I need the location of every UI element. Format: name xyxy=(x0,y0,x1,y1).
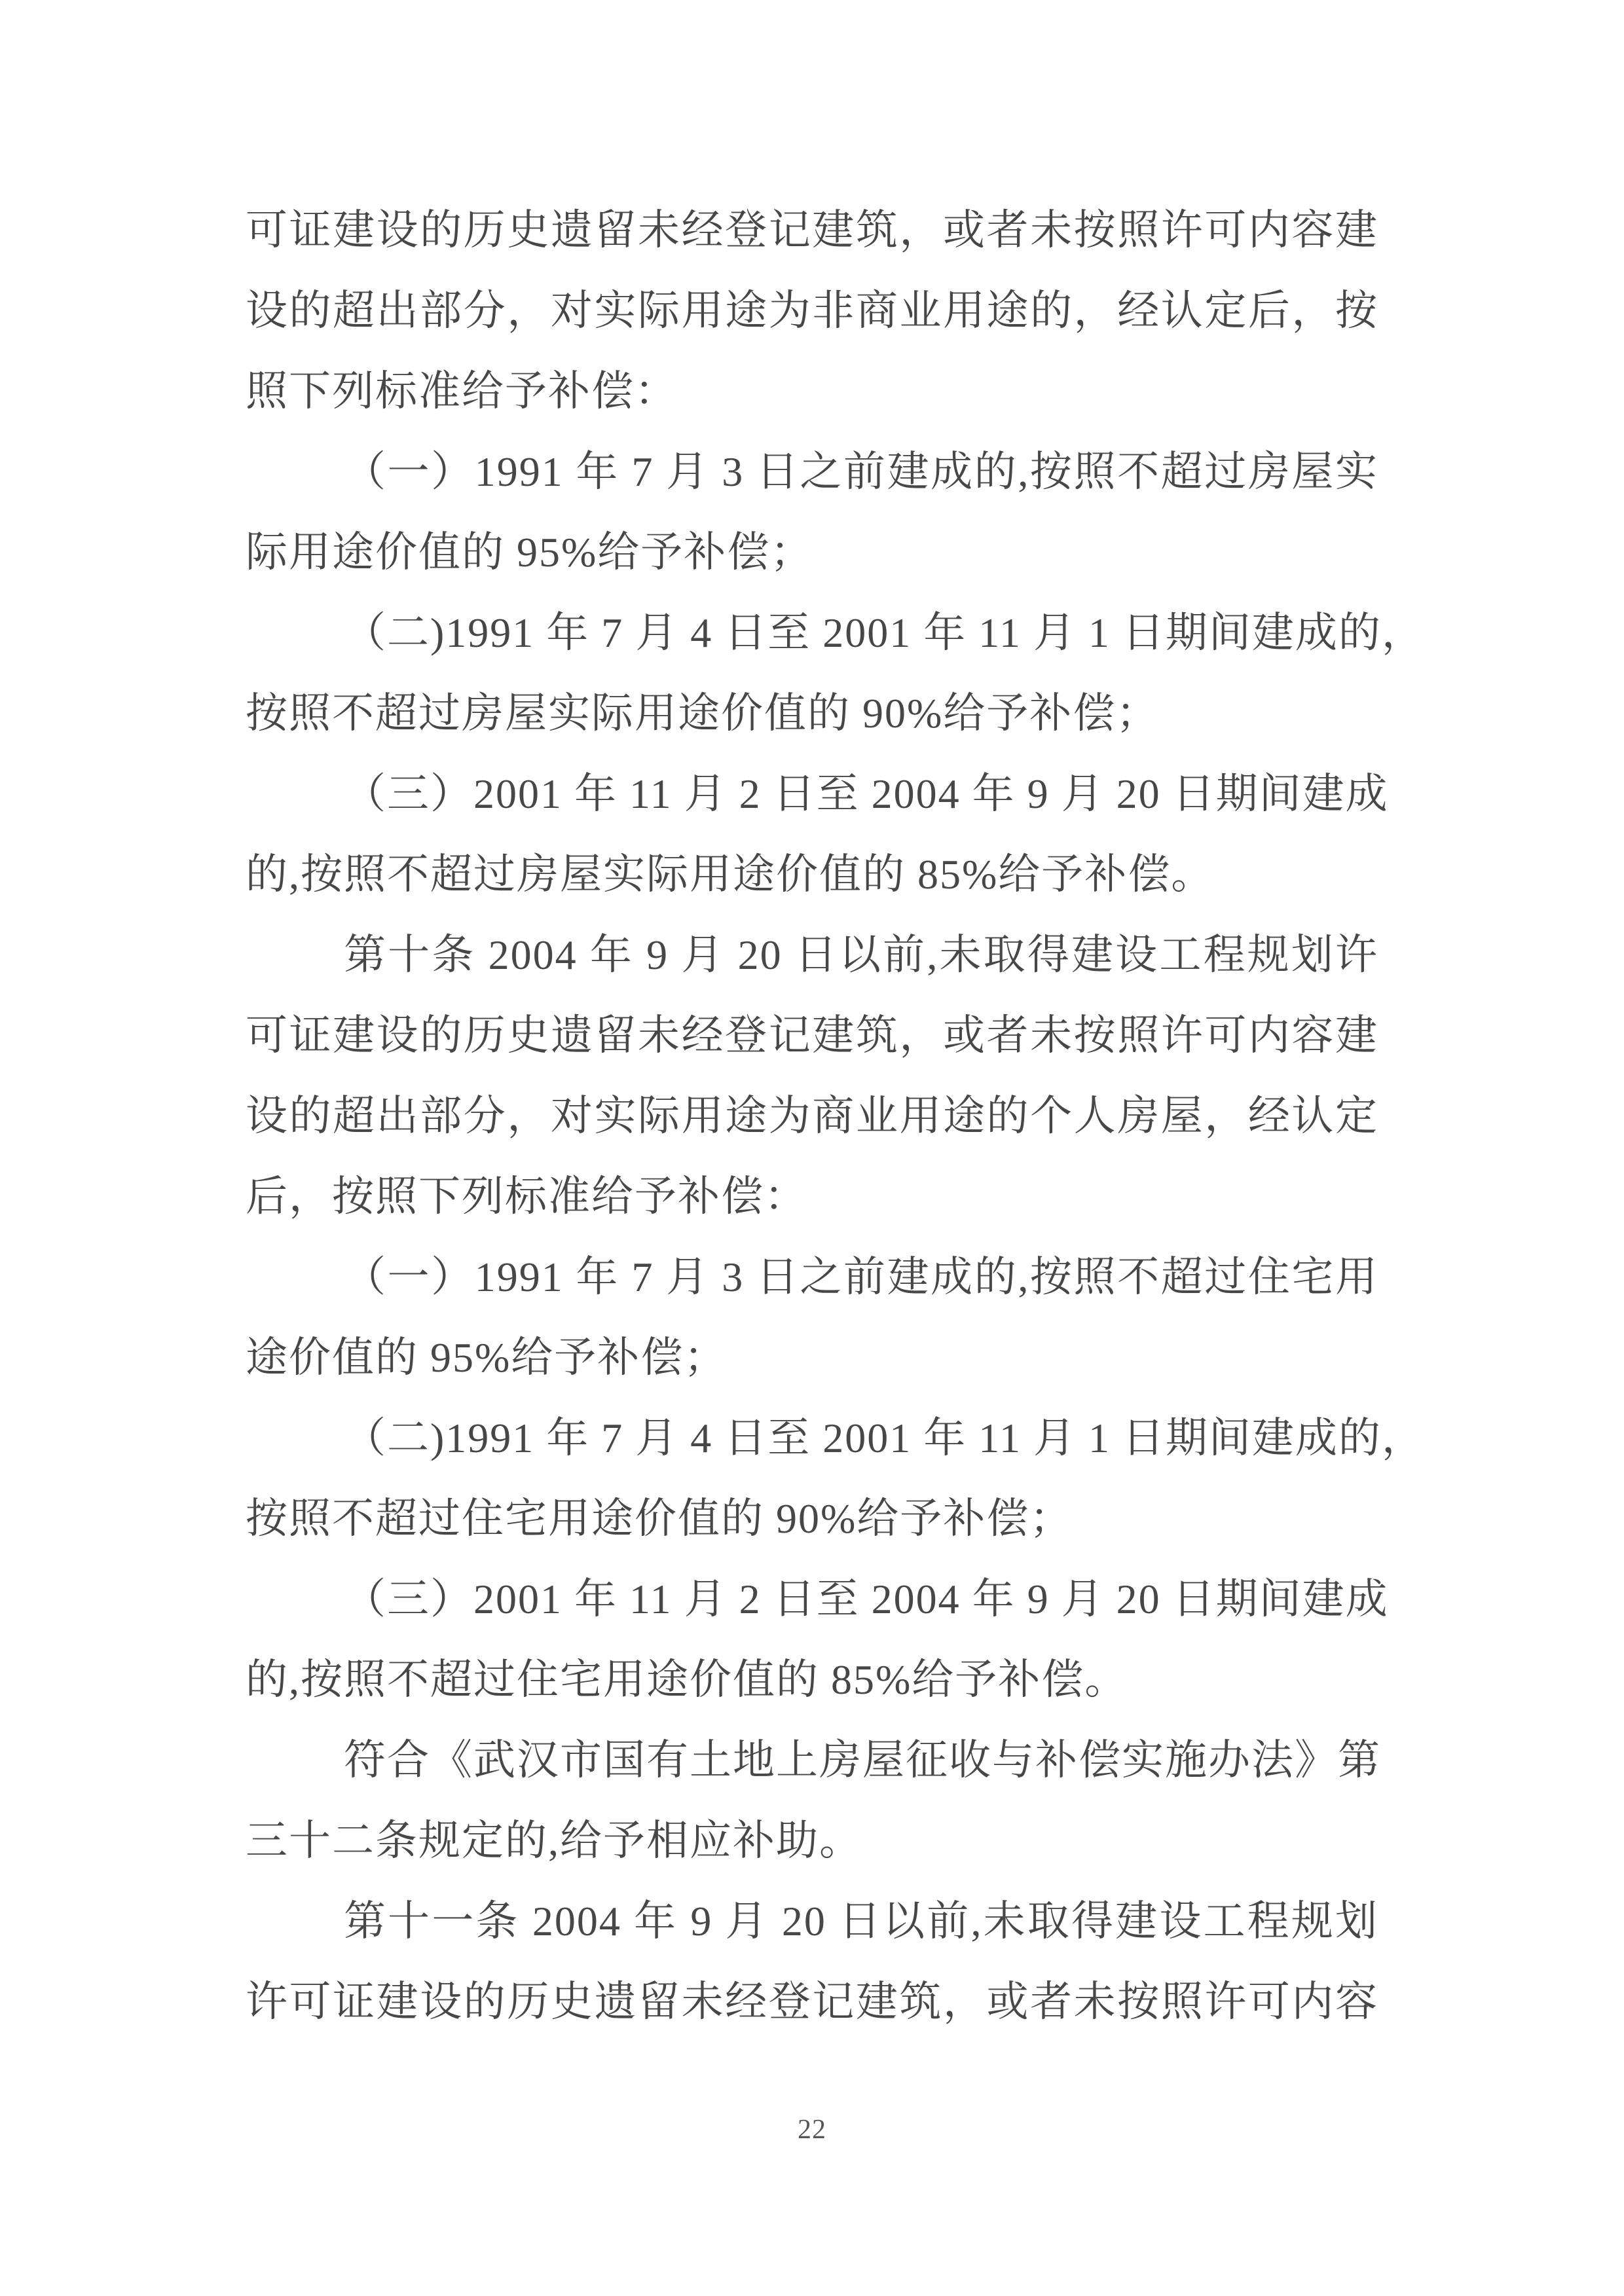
text-line: （二)1991 年 7 月 4 日至 2001 年 11 月 1 日期间建成的， xyxy=(246,592,1378,673)
text-line: （三）2001 年 11 月 2 日至 2004 年 9 月 20 日期间建成 xyxy=(246,754,1378,834)
text-line: 际用途价值的 95%给予补偿； xyxy=(246,512,1378,592)
text-line: 途价值的 95%给予补偿； xyxy=(246,1317,1378,1398)
text-line: 第十条 2004 年 9 月 20 日以前,未取得建设工程规划许 xyxy=(246,915,1378,995)
text-line: （二)1991 年 7 月 4 日至 2001 年 11 月 1 日期间建成的， xyxy=(246,1398,1378,1478)
text-line: （一）1991 年 7 月 3 日之前建成的,按照不超过住宅用 xyxy=(246,1237,1378,1317)
text-line: 的,按照不超过住宅用途价值的 85%给予补偿。 xyxy=(246,1639,1378,1720)
text-line: （三）2001 年 11 月 2 日至 2004 年 9 月 20 日期间建成 xyxy=(246,1559,1378,1639)
text-line: 设的超出部分，对实际用途为商业用途的个人房屋，经认定 xyxy=(246,1076,1378,1156)
paragraph: 符合《武汉市国有土地上房屋征收与补偿实施办法》第 三十二条规定的,给予相应补助。 xyxy=(246,1720,1378,1881)
text-line: 符合《武汉市国有土地上房屋征收与补偿实施办法》第 xyxy=(246,1720,1378,1800)
text-line: 许可证建设的历史遗留未经登记建筑，或者未按照许可内容 xyxy=(246,1961,1378,2042)
text-line: 照下列标准给予补偿： xyxy=(246,351,1378,431)
paragraph: （三）2001 年 11 月 2 日至 2004 年 9 月 20 日期间建成 … xyxy=(246,754,1378,915)
document-page: 可证建设的历史遗留未经登记建筑，或者未按照许可内容建 设的超出部分，对实际用途为… xyxy=(0,0,1624,2296)
text-line: 的,按照不超过房屋实际用途价值的 85%给予补偿。 xyxy=(246,834,1378,915)
text-line: 设的超出部分，对实际用途为非商业用途的，经认定后，按 xyxy=(246,270,1378,351)
text-line: 三十二条规定的,给予相应补助。 xyxy=(246,1800,1378,1881)
paragraph: 可证建设的历史遗留未经登记建筑，或者未按照许可内容建 设的超出部分，对实际用途为… xyxy=(246,190,1378,431)
paragraph: （二)1991 年 7 月 4 日至 2001 年 11 月 1 日期间建成的，… xyxy=(246,1398,1378,1559)
page-number: 22 xyxy=(0,2107,1624,2153)
paragraph: （三）2001 年 11 月 2 日至 2004 年 9 月 20 日期间建成 … xyxy=(246,1559,1378,1720)
text-line: 后，按照下列标准给予补偿： xyxy=(246,1156,1378,1237)
paragraph: （一）1991 年 7 月 3 日之前建成的,按照不超过住宅用 途价值的 95%… xyxy=(246,1237,1378,1398)
paragraph: （二)1991 年 7 月 4 日至 2001 年 11 月 1 日期间建成的，… xyxy=(246,592,1378,754)
text-line: （一）1991 年 7 月 3 日之前建成的,按照不超过房屋实 xyxy=(246,431,1378,512)
text-line: 第十一条 2004 年 9 月 20 日以前,未取得建设工程规划 xyxy=(246,1881,1378,1961)
text-line: 可证建设的历史遗留未经登记建筑，或者未按照许可内容建 xyxy=(246,995,1378,1076)
text-line: 按照不超过房屋实际用途价值的 90%给予补偿； xyxy=(246,673,1378,754)
text-line: 可证建设的历史遗留未经登记建筑，或者未按照许可内容建 xyxy=(246,190,1378,270)
paragraph: 第十条 2004 年 9 月 20 日以前,未取得建设工程规划许 可证建设的历史… xyxy=(246,915,1378,1237)
text-line: 按照不超过住宅用途价值的 90%给予补偿； xyxy=(246,1478,1378,1559)
text-block: 可证建设的历史遗留未经登记建筑，或者未按照许可内容建 设的超出部分，对实际用途为… xyxy=(246,190,1378,2042)
paragraph: （一）1991 年 7 月 3 日之前建成的,按照不超过房屋实 际用途价值的 9… xyxy=(246,431,1378,592)
paragraph: 第十一条 2004 年 9 月 20 日以前,未取得建设工程规划 许可证建设的历… xyxy=(246,1881,1378,2042)
